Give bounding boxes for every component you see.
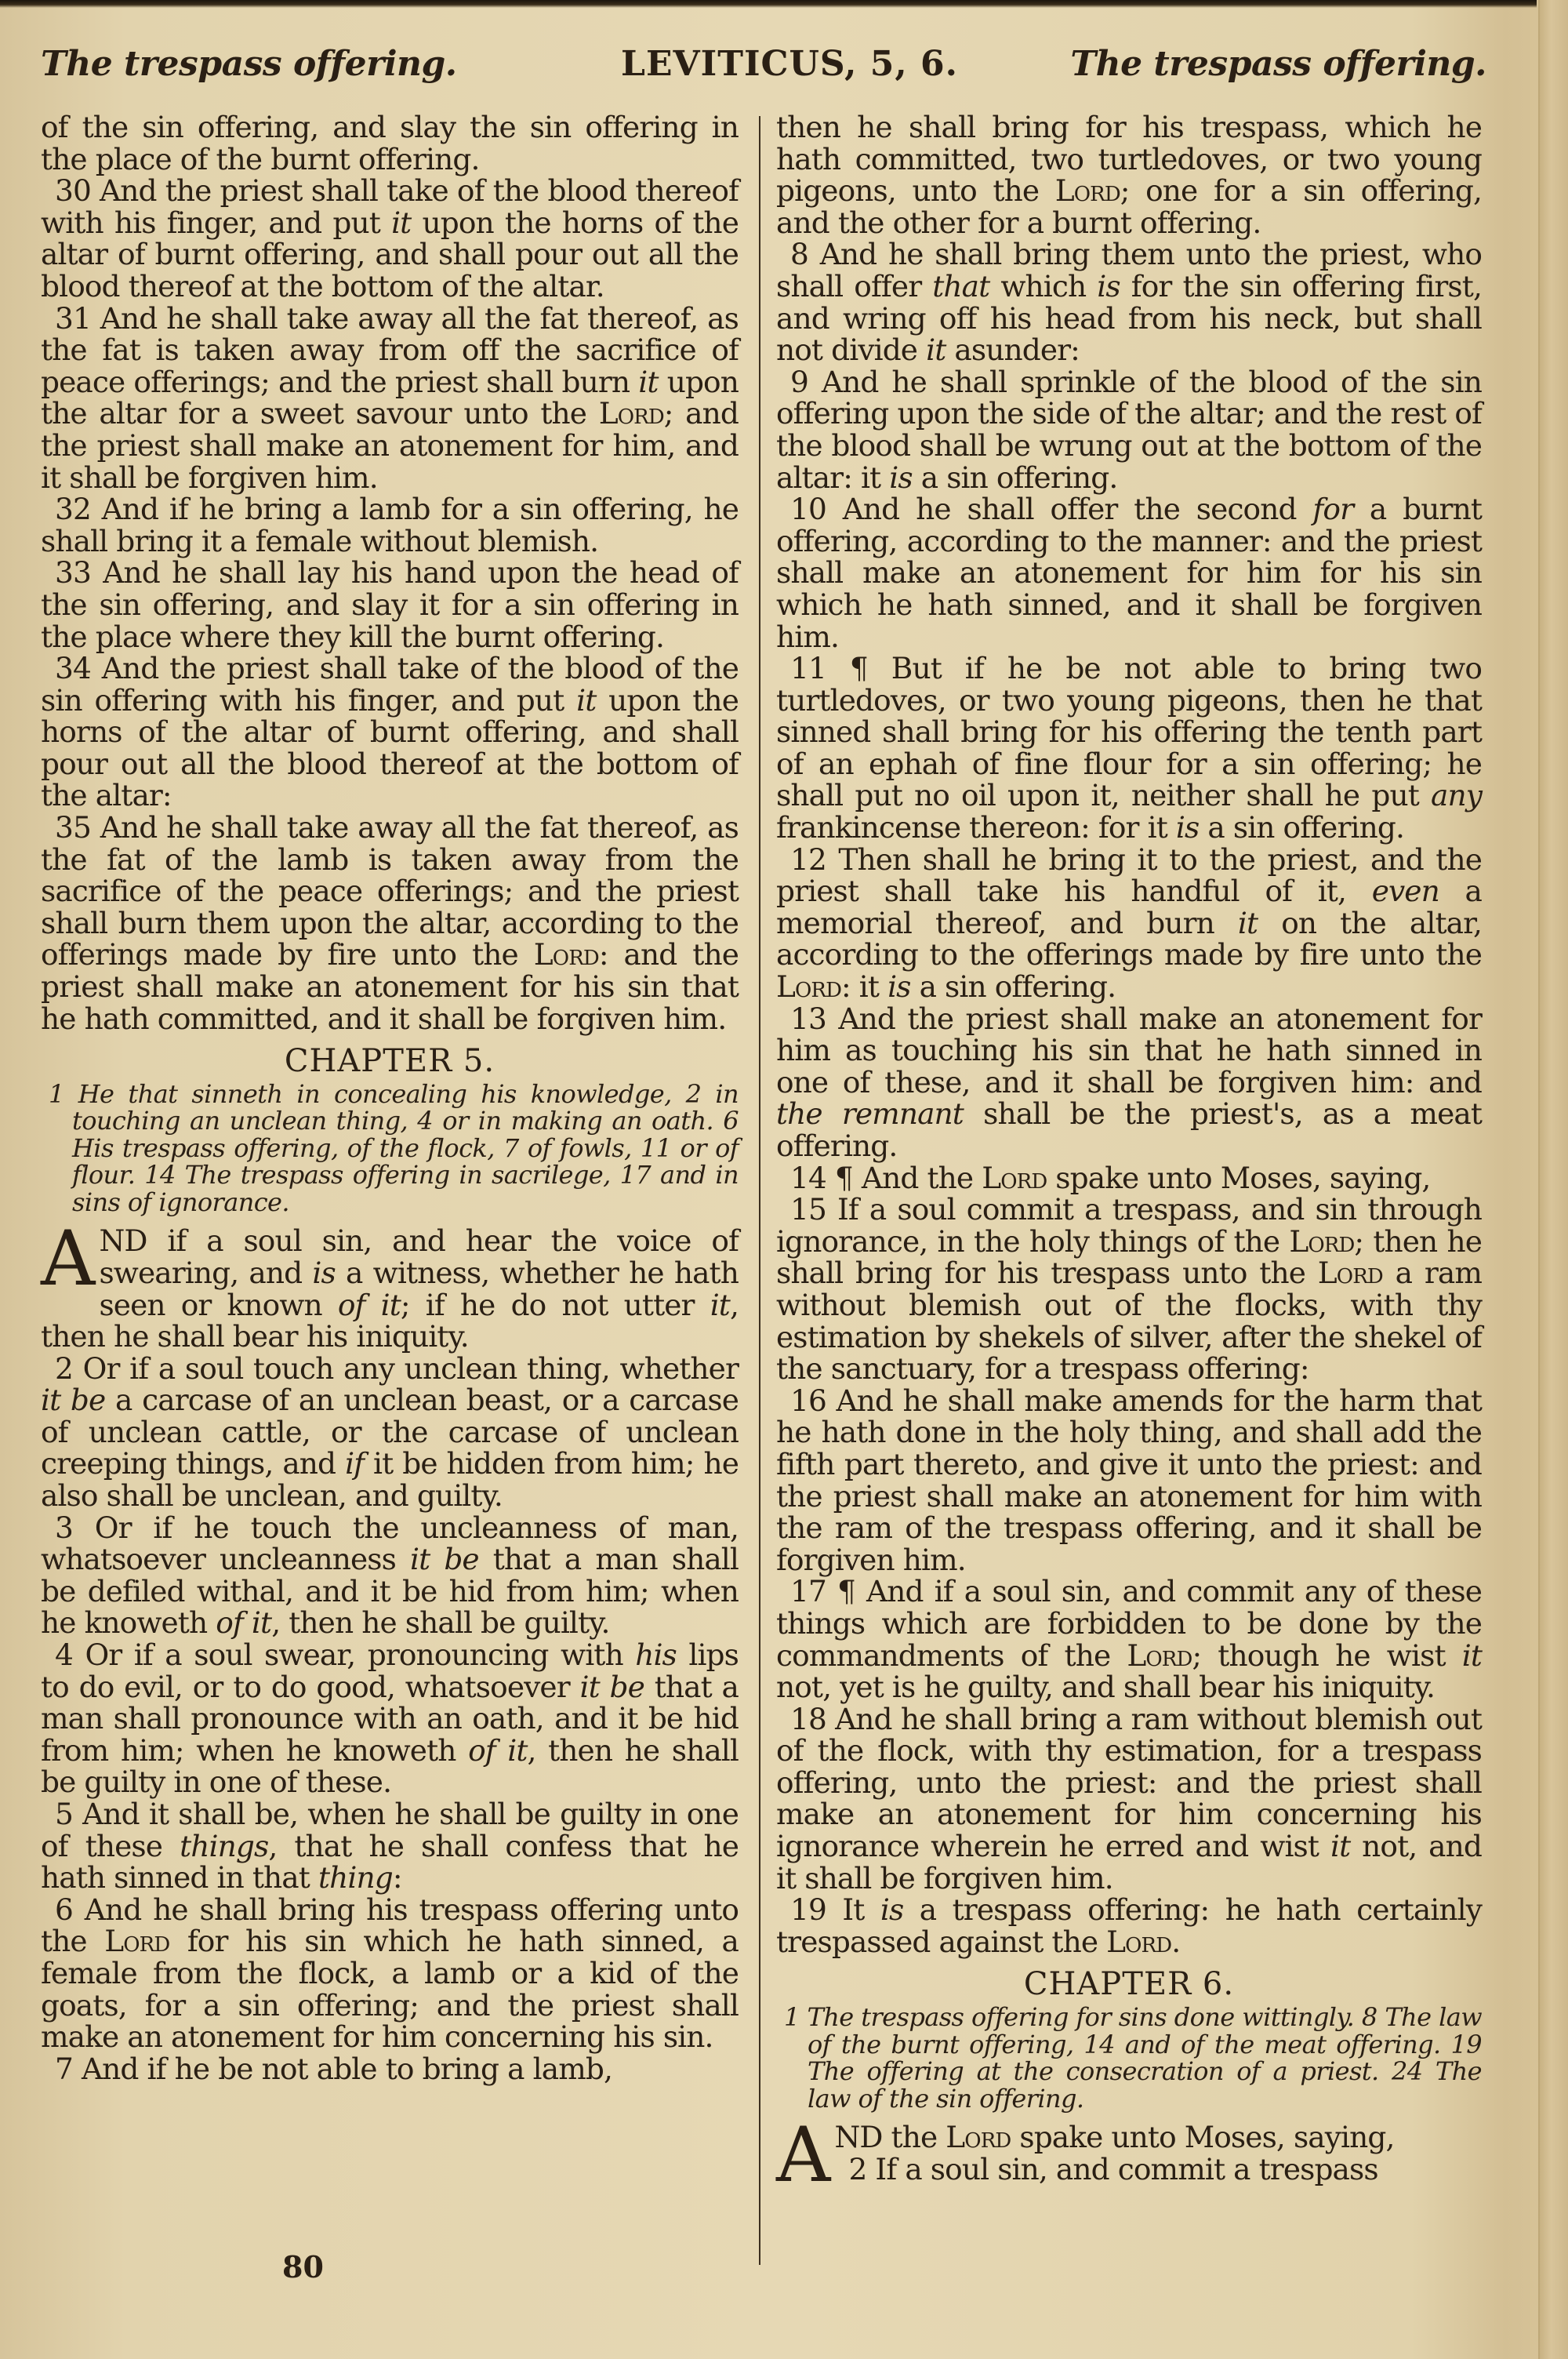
verse-number: 32 bbox=[55, 492, 102, 526]
verse-number: 14 ¶ bbox=[790, 1161, 862, 1195]
divine-name: Lord bbox=[776, 969, 841, 1004]
verse-number: 5 bbox=[55, 1797, 82, 1831]
divine-name: Lord bbox=[946, 2120, 1011, 2154]
verse-number: 3 bbox=[55, 1510, 95, 1545]
verse: 11 ¶ But if he be not able to bring two … bbox=[776, 652, 1482, 844]
verse: 34 And the priest shall take of the bloo… bbox=[41, 652, 739, 812]
verse: 15 If a soul commit a trespass, and sin … bbox=[776, 1194, 1482, 1385]
chapter4-verses: 30 And the priest shall take of the bloo… bbox=[41, 175, 739, 1034]
italic-supplied-word: is bbox=[312, 1256, 335, 1290]
chapter-5-title: CHAPTER 5. bbox=[41, 1045, 739, 1078]
verse: 18 And he shall bring a ram without blem… bbox=[776, 1703, 1482, 1895]
verse-number: 8 bbox=[790, 237, 820, 271]
verse: 16 And he shall make amends for the harm… bbox=[776, 1385, 1482, 1576]
italic-supplied-word: it bbox=[1238, 906, 1258, 940]
verse: 6 And he shall bring his trespass offeri… bbox=[41, 1894, 739, 2053]
italic-supplied-word: it be bbox=[580, 1670, 644, 1704]
verse-number: 2 bbox=[55, 1351, 83, 1386]
verse-text: a sin offering. bbox=[911, 969, 1116, 1004]
divine-name: Lord bbox=[1318, 1256, 1383, 1290]
verse-number: 19 bbox=[790, 1892, 842, 1927]
verse-text: If a soul sin, and commit a trespass bbox=[875, 2152, 1377, 2186]
verse-text: And he shall offer the second bbox=[843, 492, 1313, 526]
opening-text: ND if a soul sin, and hear the voice of … bbox=[41, 1223, 739, 1354]
verse-number: 10 bbox=[790, 492, 843, 526]
verse: 32 And if he bring a lamb for a sin offe… bbox=[41, 493, 739, 557]
divine-name: Lord bbox=[534, 937, 599, 972]
verse-text: ; if he do not utter bbox=[401, 1288, 710, 1322]
verse-text: And he shall take away all the fat there… bbox=[41, 301, 739, 399]
chapter-5-summary: 1 He that sinneth in concealing his know… bbox=[41, 1081, 739, 1216]
verse-text: And he shall make amends for the harm th… bbox=[776, 1383, 1482, 1577]
verse-number: 17 ¶ bbox=[790, 1574, 866, 1608]
italic-supplied-word: even bbox=[1372, 874, 1439, 908]
chapter5-verses: 2 Or if a soul touch any unclean thing, … bbox=[41, 1353, 739, 2085]
verse: 2 If a soul sin, and commit a trespass bbox=[776, 2154, 1482, 2186]
column-divider bbox=[759, 116, 760, 2265]
dropcap-letter: A bbox=[776, 2125, 829, 2186]
chapter6-verses: 2 If a soul sin, and commit a trespass bbox=[776, 2154, 1482, 2186]
verse-text: Or if a soul swear, pronouncing with bbox=[85, 1637, 635, 1672]
book-page: The trespass offering. LEVITICUS, 5, 6. … bbox=[0, 0, 1568, 2359]
verse-text: which bbox=[989, 269, 1097, 304]
verse-text: ; though he wist bbox=[1192, 1638, 1461, 1673]
verse-text: : bbox=[393, 1860, 402, 1895]
verse-text: And the priest shall make an atonement f… bbox=[776, 1001, 1482, 1100]
verse-number: 13 bbox=[790, 1001, 838, 1036]
verse: 8 And he shall bring them unto the pries… bbox=[776, 238, 1482, 365]
verse-text: And the bbox=[862, 1161, 982, 1195]
verse-number: 35 bbox=[55, 810, 100, 845]
verse: 3 Or if he touch the uncleanness of man,… bbox=[41, 1512, 739, 1639]
italic-supplied-word: is bbox=[1176, 810, 1199, 845]
chapter-6-opening: A ND the Lord spake unto Moses, saying, bbox=[776, 2121, 1482, 2154]
italic-supplied-word: of it bbox=[338, 1288, 401, 1322]
italic-supplied-word: is bbox=[1097, 269, 1120, 304]
divine-name: Lord bbox=[1055, 173, 1120, 208]
verse-text: frankincense thereon: for it bbox=[776, 810, 1176, 845]
verse-text: And he shall lay his hand upon the head … bbox=[41, 555, 739, 653]
verse-text: spake unto Moses, saying, bbox=[1011, 2120, 1394, 2154]
italic-supplied-word: it bbox=[710, 1288, 730, 1322]
italic-supplied-word: it be bbox=[41, 1383, 105, 1417]
italic-supplied-word: for bbox=[1312, 492, 1353, 526]
verse-text: spake unto Moses, saying, bbox=[1047, 1161, 1430, 1195]
header-left-title: The trespass offering. bbox=[41, 44, 457, 84]
verse-text: . bbox=[1171, 1925, 1180, 1959]
italic-supplied-word: if bbox=[345, 1446, 364, 1481]
verse-number: 4 bbox=[55, 1637, 85, 1672]
verse-number: 16 bbox=[790, 1383, 836, 1418]
verse: 35 And he shall take away all the fat th… bbox=[41, 812, 739, 1034]
italic-supplied-word: his bbox=[635, 1637, 677, 1672]
italic-supplied-word: it bbox=[1330, 1829, 1350, 1863]
carryover-text: then he shall bring for his trespass, wh… bbox=[776, 111, 1482, 238]
verse: 12 Then shall he bring it to the priest,… bbox=[776, 844, 1482, 1003]
chapter-5-opening: A ND if a soul sin, and hear the voice o… bbox=[41, 1225, 739, 1352]
verse: 10 And he shall offer the second for a b… bbox=[776, 493, 1482, 652]
divine-name: Lord bbox=[599, 396, 664, 431]
verse-number: 7 bbox=[55, 2052, 82, 2086]
verse-number: 18 bbox=[790, 1702, 835, 1736]
italic-supplied-word: is bbox=[880, 1892, 903, 1927]
divine-name: Lord bbox=[982, 1161, 1047, 1195]
verse-number: 31 bbox=[55, 301, 100, 336]
verse-text: And he shall sprinkle of the blood of th… bbox=[776, 365, 1482, 495]
verse-number: 6 bbox=[55, 1892, 85, 1927]
divine-name: Lord bbox=[1289, 1224, 1354, 1259]
verse: 14 ¶ And the Lord spake unto Moses, sayi… bbox=[776, 1162, 1482, 1194]
verse-number: 12 bbox=[790, 842, 838, 877]
verse-number: 33 bbox=[55, 555, 103, 590]
italic-supplied-word: it bbox=[638, 365, 658, 399]
verse: 5 And it shall be, when he shall be guil… bbox=[41, 1798, 739, 1894]
italic-supplied-word: of it bbox=[468, 1733, 527, 1768]
italic-supplied-word: things bbox=[180, 1829, 268, 1863]
verse-number: 2 bbox=[848, 2152, 875, 2186]
header-right-title: The trespass offering. bbox=[1070, 44, 1486, 84]
verse-number: 9 bbox=[790, 365, 822, 399]
verse-text: It bbox=[842, 1892, 880, 1927]
verse: 4 Or if a soul swear, pronouncing with h… bbox=[41, 1639, 739, 1798]
chapter5-verses-cont: 8 And he shall bring them unto the pries… bbox=[776, 238, 1482, 1957]
italic-supplied-word: it bbox=[1462, 1638, 1482, 1673]
dropcap-letter: A bbox=[41, 1228, 94, 1289]
verse-text: , then he shall be guilty. bbox=[271, 1605, 609, 1640]
italic-supplied-word: it bbox=[926, 333, 946, 367]
right-column: then he shall bring for his trespass, wh… bbox=[776, 111, 1482, 2186]
verse-text: not, yet is he guilty, and shall bear hi… bbox=[776, 1670, 1435, 1704]
page-top-edge bbox=[0, 0, 1537, 8]
italic-supplied-word: that bbox=[932, 269, 989, 304]
chapter-6-title: CHAPTER 6. bbox=[776, 1968, 1482, 2001]
verse: 30 And the priest shall take of the bloo… bbox=[41, 175, 739, 302]
chapter-6-summary: 1 The trespass offering for sins done wi… bbox=[776, 2004, 1482, 2112]
verse-text: a sin offering. bbox=[913, 460, 1118, 495]
verse-text: ND the bbox=[834, 2120, 946, 2154]
verse-number: 34 bbox=[55, 651, 102, 685]
verse-text: : it bbox=[841, 969, 887, 1004]
verse: 31 And he shall take away all the fat th… bbox=[41, 303, 739, 494]
verse: 2 Or if a soul touch any unclean thing, … bbox=[41, 1353, 739, 1512]
italic-supplied-word: any bbox=[1431, 778, 1482, 812]
verse-number: 11 ¶ bbox=[790, 651, 891, 685]
divine-name: Lord bbox=[1127, 1638, 1192, 1673]
verse: 33 And he shall lay his hand upon the he… bbox=[41, 557, 739, 652]
divine-name: Lord bbox=[1106, 1925, 1171, 1959]
italic-supplied-word: the remnant bbox=[776, 1096, 964, 1131]
verse-number: 15 bbox=[790, 1192, 837, 1227]
verse: 9 And he shall sprinkle of the blood of … bbox=[776, 366, 1482, 493]
verse: 13 And the priest shall make an atonemen… bbox=[776, 1003, 1482, 1162]
running-header: The trespass offering. LEVITICUS, 5, 6. … bbox=[41, 39, 1486, 94]
verse: 7 And if he be not able to bring a lamb, bbox=[41, 2053, 739, 2085]
verse-text: asunder: bbox=[946, 333, 1079, 367]
left-column: of the sin offering, and slay the sin of… bbox=[41, 111, 739, 2085]
divine-name: Lord bbox=[104, 1924, 169, 1958]
header-book-title: LEVITICUS, 5, 6. bbox=[621, 44, 958, 84]
page-right-edge bbox=[1538, 0, 1568, 2359]
verse-text: And if he bring a lamb for a sin offerin… bbox=[41, 492, 739, 558]
italic-supplied-word: it be bbox=[410, 1542, 479, 1576]
verse: 19 It is a trespass offering: he hath ce… bbox=[776, 1894, 1482, 1957]
italic-supplied-word: is bbox=[889, 460, 912, 495]
italic-supplied-word: thing bbox=[318, 1860, 393, 1895]
italic-supplied-word: of it bbox=[216, 1605, 271, 1640]
verse-text: And if he be not able to bring a lamb, bbox=[82, 2052, 612, 2086]
carryover-text: of the sin offering, and slay the sin of… bbox=[41, 111, 739, 175]
opening-text: ND the Lord spake unto Moses, saying, bbox=[834, 2120, 1394, 2154]
verse: 17 ¶ And if a soul sin, and commit any o… bbox=[776, 1576, 1482, 1703]
page-number: 80 bbox=[282, 2249, 324, 2284]
italic-supplied-word: it bbox=[391, 205, 411, 240]
italic-supplied-word: is bbox=[887, 969, 910, 1004]
verse-text: Or if a soul touch any unclean thing, wh… bbox=[83, 1351, 739, 1386]
verse-number: 30 bbox=[55, 173, 100, 208]
italic-supplied-word: it bbox=[576, 683, 596, 718]
verse-text: a sin offering. bbox=[1199, 810, 1404, 845]
